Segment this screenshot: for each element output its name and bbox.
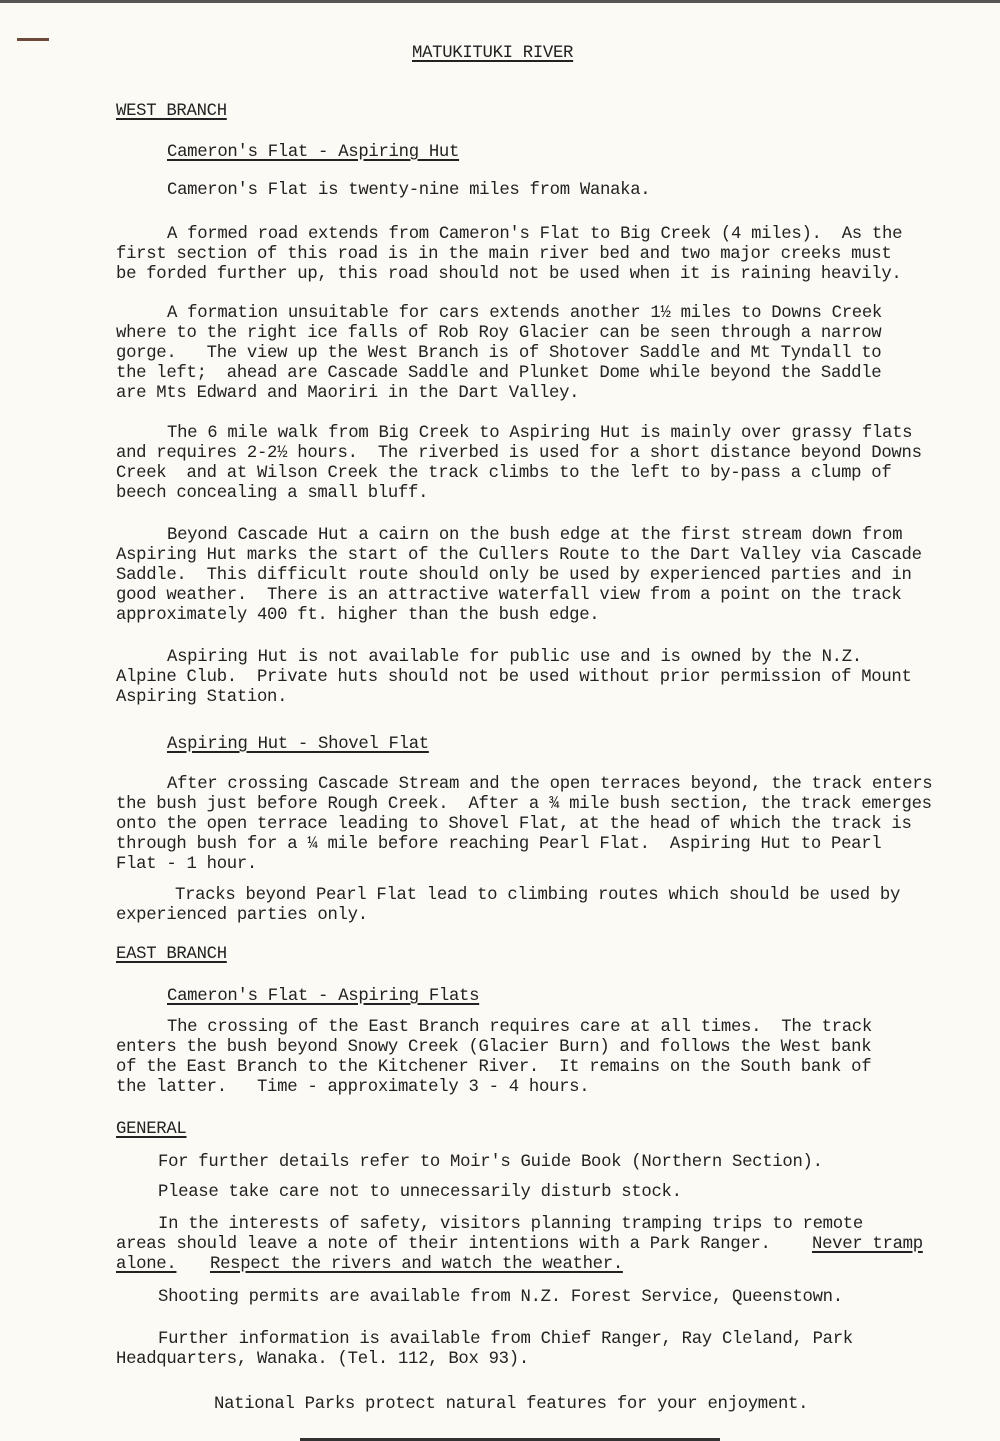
subsection-heading: Aspiring Hut - Shovel Flat xyxy=(167,735,429,754)
subsection-heading: Cameron's Flat - Aspiring Hut xyxy=(167,143,459,162)
paragraph-line: The 6 mile walk from Big Creek to Aspiri… xyxy=(167,424,912,443)
paragraph-line: experienced parties only. xyxy=(116,906,368,925)
paragraph-line: good weather. There is an attractive wat… xyxy=(116,586,902,605)
paragraph-line: Aspiring Station. xyxy=(116,688,287,707)
paragraph-line: areas should leave a note of their inten… xyxy=(116,1235,771,1254)
paragraph-line: Saddle. This difficult route should only… xyxy=(116,566,912,585)
paragraph-line: the left; ahead are Cascade Saddle and P… xyxy=(116,364,881,383)
paragraph-line: of the East Branch to the Kitchener Rive… xyxy=(116,1058,871,1077)
paragraph-line: onto the open terrace leading to Shovel … xyxy=(116,815,912,834)
paragraph-line: Creek and at Wilson Creek the track clim… xyxy=(116,464,891,483)
paragraph-line: Aspiring Hut marks the start of the Cull… xyxy=(116,546,922,565)
paragraph-line: After crossing Cascade Stream and the op… xyxy=(167,775,932,794)
paragraph-line: through bush for a ¼ mile before reachin… xyxy=(116,835,881,854)
paragraph-line: Beyond Cascade Hut a cairn on the bush e… xyxy=(167,526,902,545)
emphasis-respect-rivers: Respect the rivers and watch the weather… xyxy=(210,1255,623,1274)
paragraph-line: Cameron's Flat is twenty-nine miles from… xyxy=(167,181,650,200)
emphasis-alone: alone. xyxy=(116,1255,176,1274)
paragraph-line: For further details refer to Moir's Guid… xyxy=(158,1153,823,1172)
paragraph-line: Aspiring Hut is not available for public… xyxy=(167,648,862,667)
section-heading-general: GENERAL xyxy=(116,1120,187,1139)
paragraph-line: A formed road extends from Cameron's Fla… xyxy=(167,225,902,244)
paragraph-line: Shooting permits are available from N.Z.… xyxy=(158,1288,843,1307)
emphasis-never-tramp: Never tramp xyxy=(812,1235,923,1254)
subsection-heading: Cameron's Flat - Aspiring Flats xyxy=(167,987,479,1006)
paragraph-line: Headquarters, Wanaka. (Tel. 112, Box 93)… xyxy=(116,1350,529,1369)
footer-slogan: National Parks protect natural features … xyxy=(214,1395,808,1414)
paragraph-line: A formation unsuitable for cars extends … xyxy=(167,304,882,323)
paragraph-line: the bush just before Rough Creek. After … xyxy=(116,795,932,814)
paragraph-line: The crossing of the East Branch requires… xyxy=(167,1018,872,1037)
document-title: MATUKITUKI RIVER xyxy=(412,44,573,63)
paragraph-line: enters the bush beyond Snowy Creek (Glac… xyxy=(116,1038,871,1057)
paper-mark xyxy=(17,38,49,41)
paragraph-line: first section of this road is in the mai… xyxy=(116,245,891,264)
paragraph-line: Further information is available from Ch… xyxy=(158,1330,853,1349)
section-heading-east-branch: EAST BRANCH xyxy=(116,945,227,964)
paragraph-line: beech concealing a small bluff. xyxy=(116,484,428,503)
paragraph-line: In the interests of safety, visitors pla… xyxy=(158,1215,863,1234)
paragraph-line: Please take care not to unnecessarily di… xyxy=(158,1183,682,1202)
paragraph-line: Tracks beyond Pearl Flat lead to climbin… xyxy=(175,886,900,905)
page-edge-top xyxy=(0,0,1000,3)
paragraph-line: approximately 400 ft. higher than the bu… xyxy=(116,606,599,625)
paragraph-line: are Mts Edward and Maoriri in the Dart V… xyxy=(116,384,579,403)
paragraph-line: Alpine Club. Private huts should not be … xyxy=(116,668,912,687)
paragraph-line: Flat - 1 hour. xyxy=(116,855,257,874)
paragraph-line: be forded further up, this road should n… xyxy=(116,265,902,284)
paragraph-line: the latter. Time - approximately 3 - 4 h… xyxy=(116,1078,589,1097)
section-heading-west-branch: WEST BRANCH xyxy=(116,102,227,121)
paragraph-line: where to the right ice falls of Rob Roy … xyxy=(116,324,881,343)
paragraph-line: gorge. The view up the West Branch is of… xyxy=(116,344,881,363)
paragraph-line: and requires 2-2½ hours. The riverbed is… xyxy=(116,444,922,463)
